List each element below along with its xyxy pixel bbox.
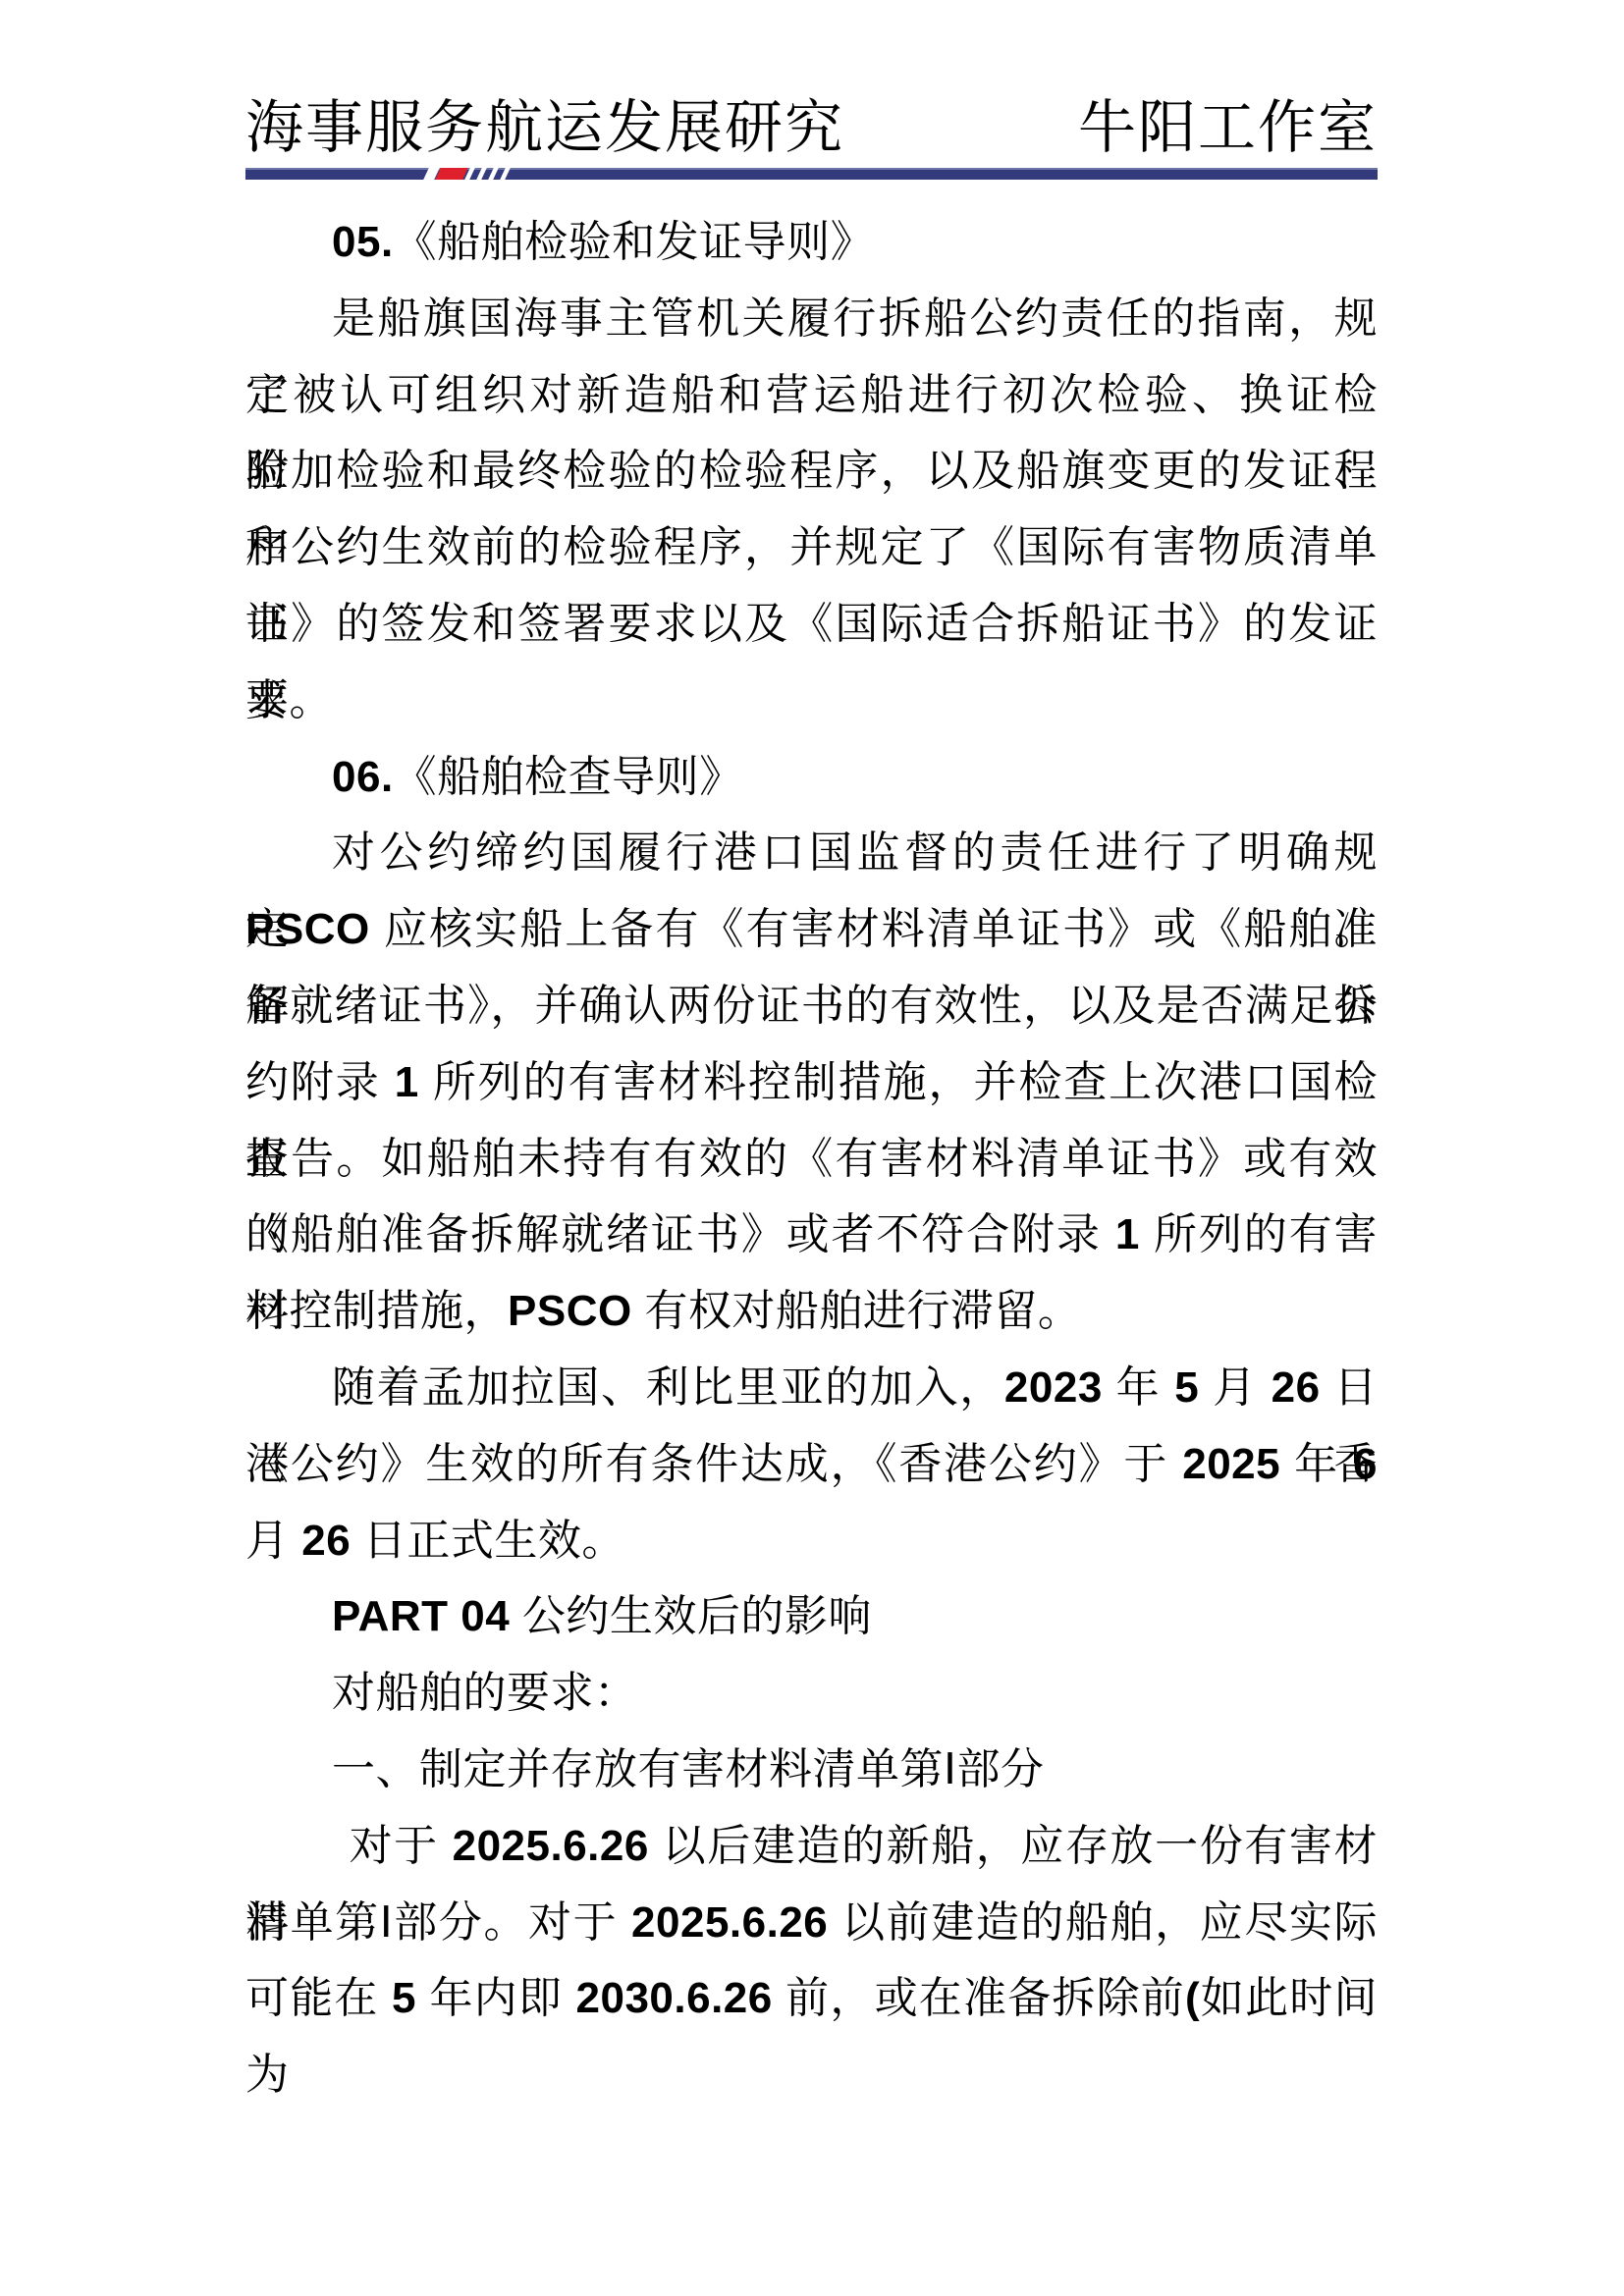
rule-stripe bbox=[476, 168, 487, 180]
text-line: 求。 bbox=[245, 663, 1378, 739]
text-line: 和公约生效前的检验程序，并规定了《国际有害物质清单证 bbox=[245, 509, 1378, 586]
header-right-title: 牛阳工作室 bbox=[1078, 99, 1378, 157]
text-line: 约附录 1 所列的有害材料控制措施，并检查上次港口国检查 bbox=[245, 1044, 1378, 1121]
text-line: 《船舶准备拆解就绪证书》或者不符合附录 1 所列的有害材 bbox=[245, 1197, 1378, 1273]
rule-red-accent bbox=[435, 168, 468, 180]
text-line: 书》的签发和签署要求以及《国际适合拆船证书》的发证要 bbox=[245, 586, 1378, 663]
text-line: 港公约》生效的所有条件达成，《香港公约》于 2025 年 6 bbox=[245, 1426, 1378, 1503]
page-header: 海事服务航运发展研究 牛阳工作室 bbox=[245, 99, 1378, 157]
text-line: 清单第Ⅰ部分。对于 2025.6.26 以前建造的船舶，应尽实际 bbox=[245, 1885, 1378, 1961]
text-line: 对船舶的要求： bbox=[245, 1655, 1378, 1732]
text-line: 月 26 日正式生效。 bbox=[245, 1503, 1378, 1579]
text-line: 了被认可组织对新造船和营运船进行初次检验、换证检验、 bbox=[245, 357, 1378, 434]
text-line: 解就绪证书》，并确认两份证书的有效性，以及是否满足公 bbox=[245, 968, 1378, 1044]
rule-stripe bbox=[500, 168, 511, 180]
text-line: 附加检验和最终检验的检验程序，以及船旗变更的发证程序 bbox=[245, 433, 1378, 509]
text-line: 05.《船舶检验和发证导则》 bbox=[245, 204, 1378, 281]
text-line: 对公约缔约国履行港口国监督的责任进行了明确规定。 bbox=[245, 815, 1378, 891]
text-line: PART 04 公约生效后的影响 bbox=[245, 1578, 1378, 1655]
text-line: 06.《船舶检查导则》 bbox=[245, 739, 1378, 816]
header-rule bbox=[245, 168, 1378, 180]
text-line: 报告。如船舶未持有有效的《有害材料清单证书》或有效的 bbox=[245, 1121, 1378, 1198]
document-page: 海事服务航运发展研究 牛阳工作室 05.《船舶检验和发证导则》是船旗国海事主管机… bbox=[0, 0, 1624, 2296]
rule-stripe bbox=[488, 168, 499, 180]
header-left-title: 海事服务航运发展研究 bbox=[245, 99, 844, 157]
text-line: 对于 2025.6.26 以后建造的新船，应存放一份有害材料 bbox=[245, 1808, 1378, 1885]
text-line: 可能在 5 年内即 2030.6.26 前，或在准备拆除前(如此时间为 bbox=[245, 1960, 1378, 2037]
text-line: 随着孟加拉国、利比里亚的加入，2023 年 5 月 26 日《香 bbox=[245, 1350, 1378, 1426]
text-line: 一、制定并存放有害材料清单第Ⅰ部分 bbox=[245, 1732, 1378, 1808]
text-line: 是船旗国海事主管机关履行拆船公约责任的指南，规定 bbox=[245, 281, 1378, 357]
text-line: 料控制措施，PSCO 有权对船舶进行滞留。 bbox=[245, 1273, 1378, 1350]
document-body: 05.《船舶检验和发证导则》是船旗国海事主管机关履行拆船公约责任的指南，规定了被… bbox=[245, 204, 1378, 2037]
text-line: PSCO 应核实船上备有《有害材料清单证书》或《船舶准备拆 bbox=[245, 891, 1378, 968]
